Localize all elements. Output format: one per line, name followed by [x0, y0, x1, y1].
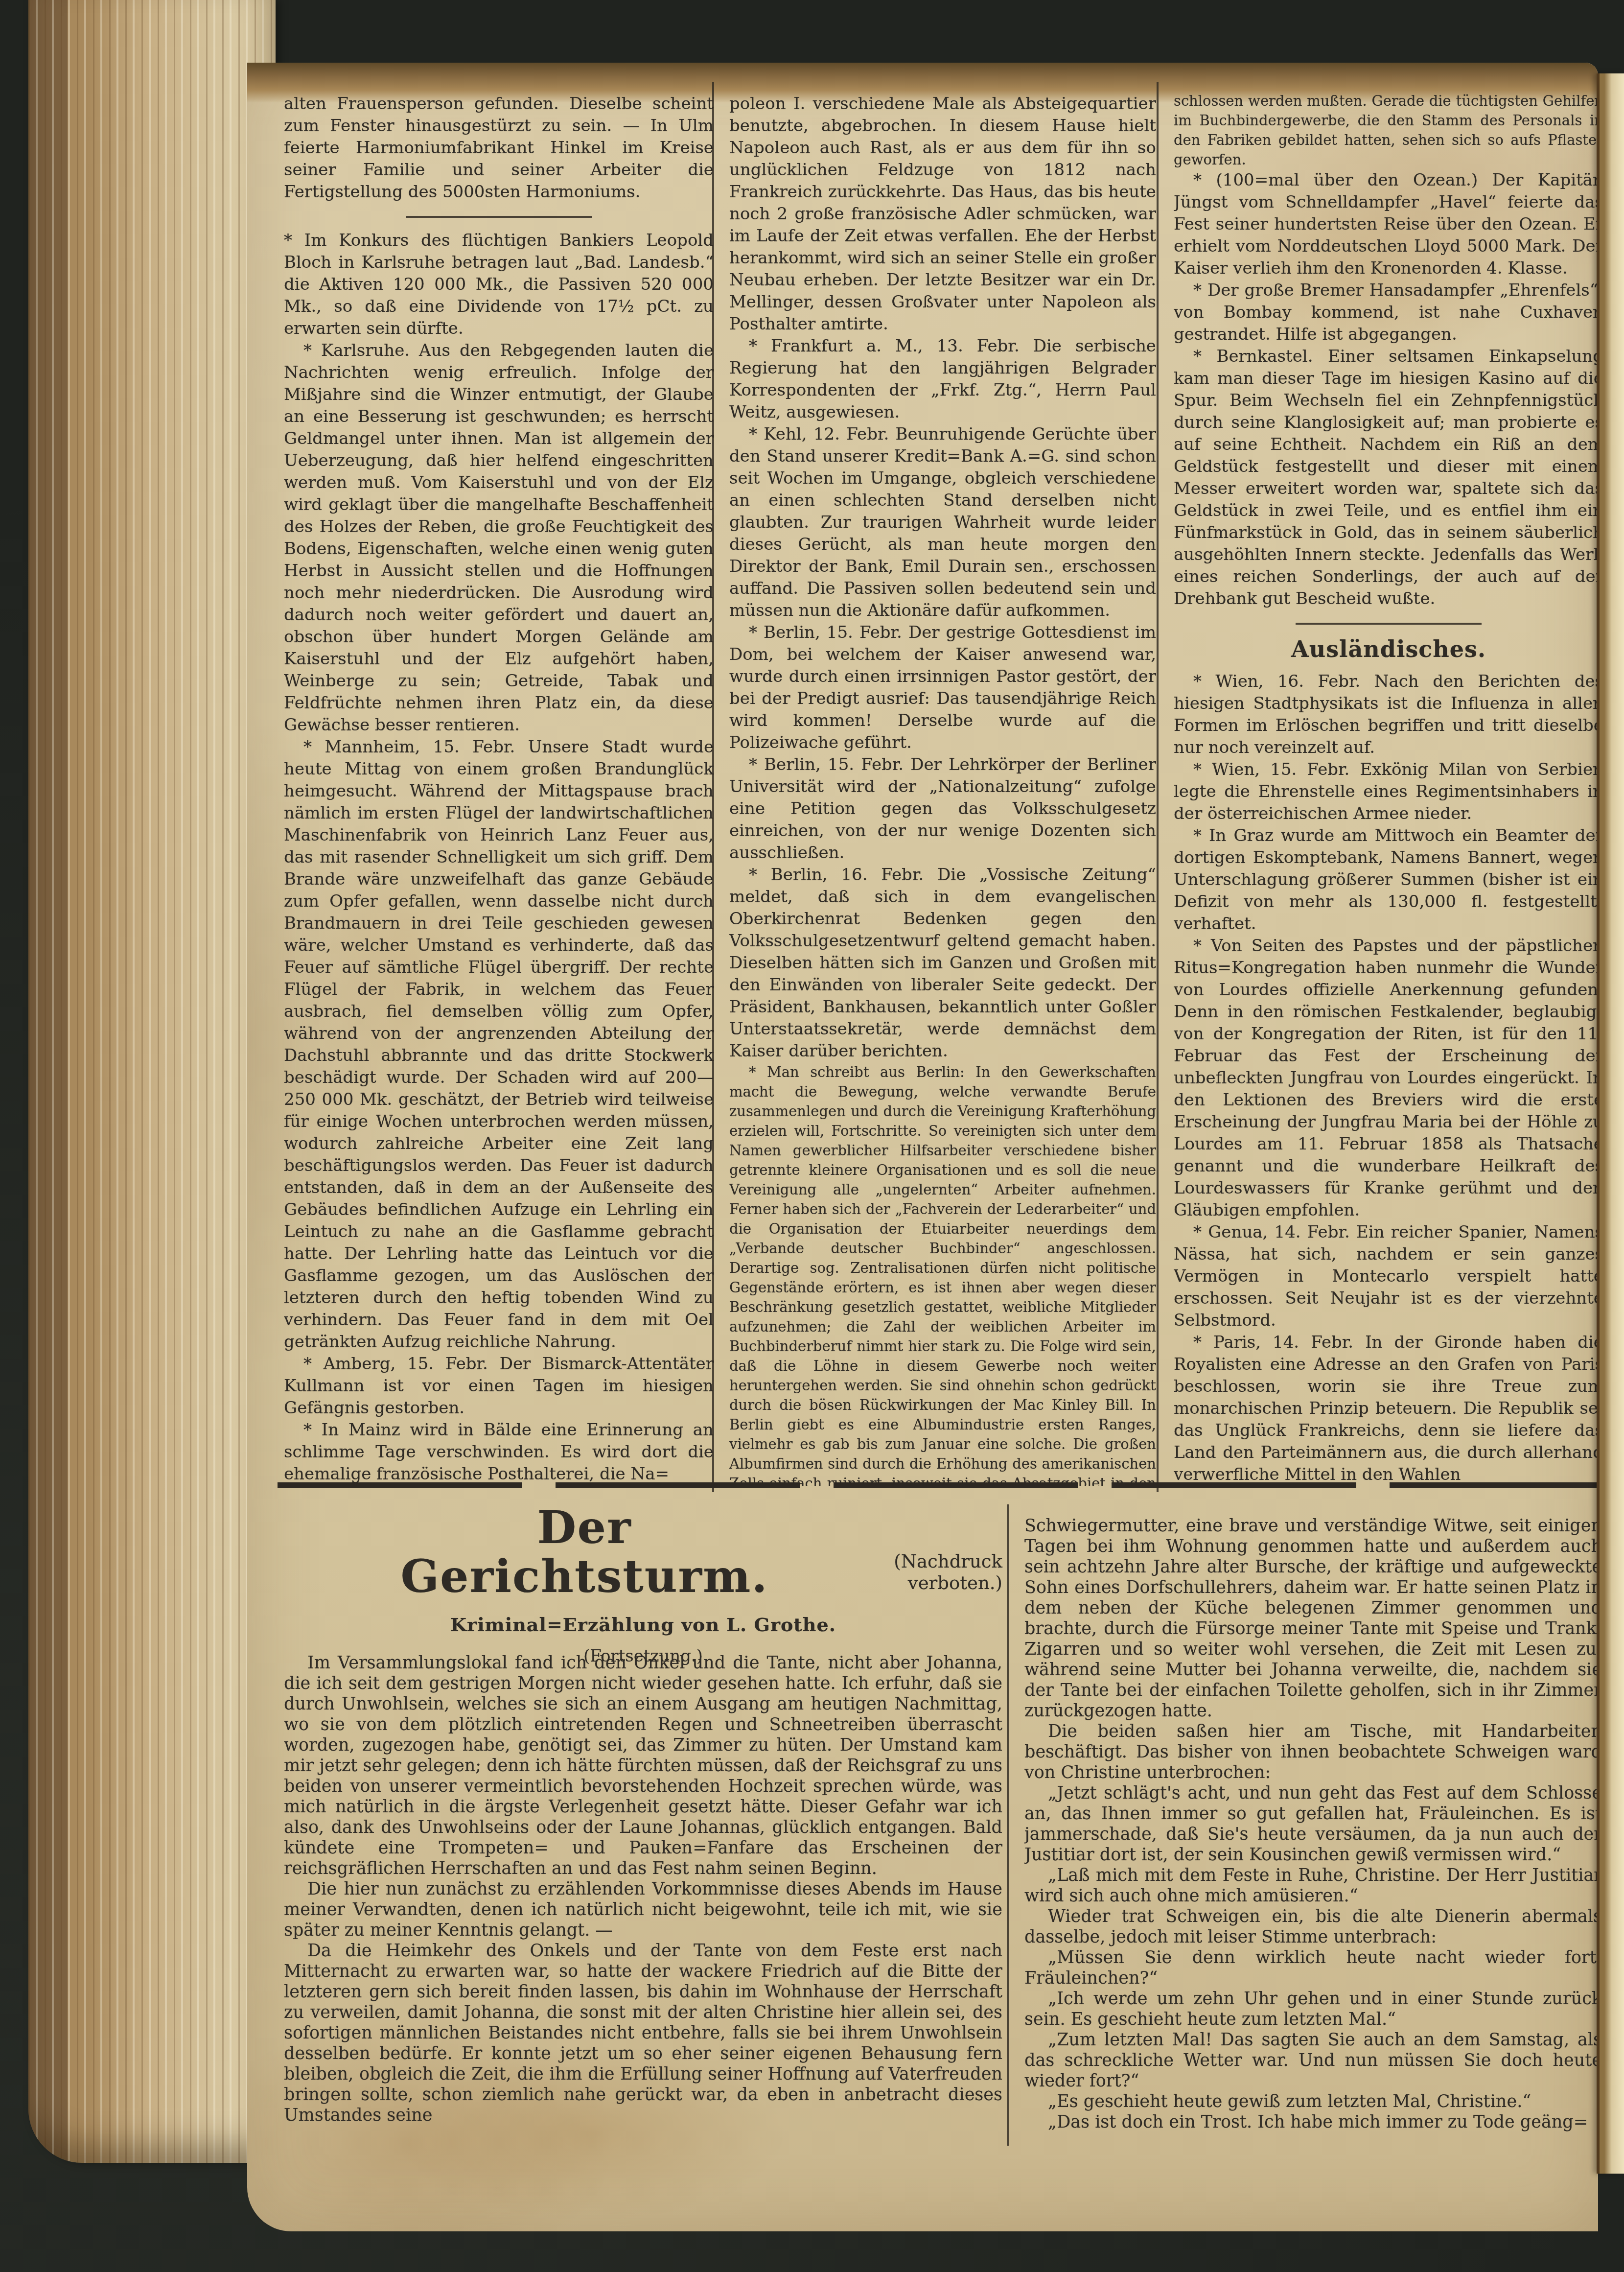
feuilleton-right-column: Schwiegermutter, eine brave und verständ… — [1024, 1516, 1598, 2174]
column2-small-items: * Man schreibt aus Berlin: In den Gewerk… — [729, 1062, 1156, 1486]
news-item: poleon I. verschiedene Male als Absteige… — [729, 93, 1156, 335]
column3-foreign-items: * Wien, 16. Febr. Nach den Berichten des… — [1174, 671, 1598, 1486]
section-separator-bar — [278, 1482, 1598, 1488]
copyright-notice: (Nachdruck verboten.) — [807, 1551, 1002, 1601]
story-paragraph: „Zum letzten Mal! Das sagten Sie auch an… — [1024, 2030, 1598, 2091]
news-item: * In Mainz wird in Bälde eine Erinnerung… — [284, 1419, 714, 1485]
story-paragraph: „Müssen Sie denn wirklich heute nacht wi… — [1024, 1947, 1598, 1989]
story-paragraph: Die hier nun zunächst zu erzählenden Vor… — [284, 1879, 1002, 1941]
short-divider-rule — [1296, 623, 1482, 625]
story-paragraph: „Es geschieht heute gewiß zum letzten Ma… — [1024, 2091, 1598, 2112]
news-item: * Berlin, 15. Febr. Der gestrige Gottesd… — [729, 622, 1156, 754]
news-item: * Kehl, 12. Febr. Beunruhigende Gerüchte… — [729, 423, 1156, 622]
news-item: * Paris, 14. Febr. In der Gironde haben … — [1174, 1332, 1598, 1486]
book-page-edges — [28, 0, 276, 2163]
news-item: * Frankfurt a. M., 13. Febr. Die serbisc… — [729, 335, 1156, 423]
story-paragraph: Da die Heimkehr des Onkels und der Tante… — [284, 1941, 1002, 2126]
column2-items: poleon I. verschiedene Male als Absteige… — [729, 93, 1156, 1062]
news-item: * Amberg, 15. Febr. Der Bismarck-Attentä… — [284, 1353, 714, 1419]
news-paragraph: alten Frauensperson gefunden. Dieselbe s… — [284, 93, 714, 203]
news-item: * Der große Bremer Hansadampfer „Ehrenfe… — [1174, 280, 1598, 346]
news-column-1: alten Frauensperson gefunden. Dieselbe s… — [284, 93, 714, 1486]
news-item: * Wien, 16. Febr. Nach den Berichten des… — [1174, 671, 1598, 759]
column1-items: * Im Konkurs des flüchtigen Bankiers Leo… — [284, 230, 714, 1485]
news-column-2: poleon I. verschiedene Male als Absteige… — [729, 93, 1156, 1486]
feuilleton-column-divider — [1007, 1504, 1009, 2146]
news-item: * Im Konkurs des flüchtigen Bankiers Leo… — [284, 230, 714, 340]
feuilleton-left-column: Im Versammlungslokal fand ich den Onkel … — [284, 1653, 1002, 2189]
story-paragraph: Im Versammlungslokal fand ich den Onkel … — [284, 1653, 1002, 1879]
newspaper-page: alten Frauensperson gefunden. Dieselbe s… — [247, 63, 1598, 2231]
story-paragraph: „Ich werde um zehn Uhr gehen und in eine… — [1024, 1989, 1598, 2030]
story-paragraph: „Das ist doch ein Trost. Ich habe mich i… — [1024, 2112, 1598, 2132]
news-item: * Von Seiten des Papstes und der päpstli… — [1174, 935, 1598, 1221]
column-divider-rule — [712, 82, 714, 1492]
news-item: * Genua, 14. Febr. Ein reicher Spanier, … — [1174, 1221, 1598, 1332]
column3-items: * (100=mal über den Ozean.) Der Kapitän … — [1174, 169, 1598, 610]
story-paragraph: Die beiden saßen hier am Tische, mit Han… — [1024, 1721, 1598, 1783]
short-divider-rule — [406, 216, 592, 218]
feuilleton-title: Der Gerichtsturm. — [362, 1503, 807, 1601]
book-scan: { "palette":{ "background":"#20231f", "p… — [0, 0, 1624, 2272]
column-divider-rule — [1157, 82, 1159, 1492]
news-item-small: * Man schreibt aus Berlin: In den Gewerk… — [729, 1062, 1156, 1486]
news-item: * Berlin, 15. Febr. Der Lehrkörper der B… — [729, 754, 1156, 864]
feuilleton-subtitle: Kriminal=Erzählung von L. Grothe. — [284, 1614, 1002, 1636]
feuilleton-header: Der Gerichtsturm. (Nachdruck verboten.) … — [284, 1503, 1002, 1666]
next-page-curl — [1597, 73, 1624, 2174]
news-column-3: schlossen werden mußten. Gerade die tüch… — [1174, 91, 1598, 1486]
news-item: * In Graz wurde am Mittwoch ein Beamter … — [1174, 825, 1598, 935]
story-paragraph: Schwiegermutter, eine brave und verständ… — [1024, 1516, 1598, 1721]
feuilleton-left-paragraphs: Im Versammlungslokal fand ich den Onkel … — [284, 1653, 1002, 2126]
news-item: * Berlin, 16. Febr. Die „Vossische Zeitu… — [729, 864, 1156, 1062]
news-item: * Mannheim, 15. Febr. Unsere Stadt wurde… — [284, 736, 714, 1353]
story-paragraph: „Jetzt schlägt's acht, und nun geht das … — [1024, 1783, 1598, 1865]
news-item-small: schlossen werden mußten. Gerade die tüch… — [1174, 91, 1598, 169]
section-heading-auslaendisches: Ausländisches. — [1174, 636, 1598, 662]
news-item: * Bernkastel. Einer seltsamen Einkapselu… — [1174, 346, 1598, 610]
news-item: * (100=mal über den Ozean.) Der Kapitän … — [1174, 169, 1598, 280]
column1-lead: alten Frauensperson gefunden. Dieselbe s… — [284, 93, 714, 203]
column3-small-items: schlossen werden mußten. Gerade die tüch… — [1174, 91, 1598, 169]
story-paragraph: Wieder trat Schweigen ein, bis die alte … — [1024, 1906, 1598, 1947]
news-item: * Karlsruhe. Aus den Rebgegenden lauten … — [284, 340, 714, 736]
feuilleton-right-paragraphs: Schwiegermutter, eine brave und verständ… — [1024, 1516, 1598, 2132]
story-paragraph: „Laß mich mit dem Feste in Ruhe, Christi… — [1024, 1865, 1598, 1906]
news-item: * Wien, 15. Febr. Exkönig Milan von Serb… — [1174, 759, 1598, 825]
